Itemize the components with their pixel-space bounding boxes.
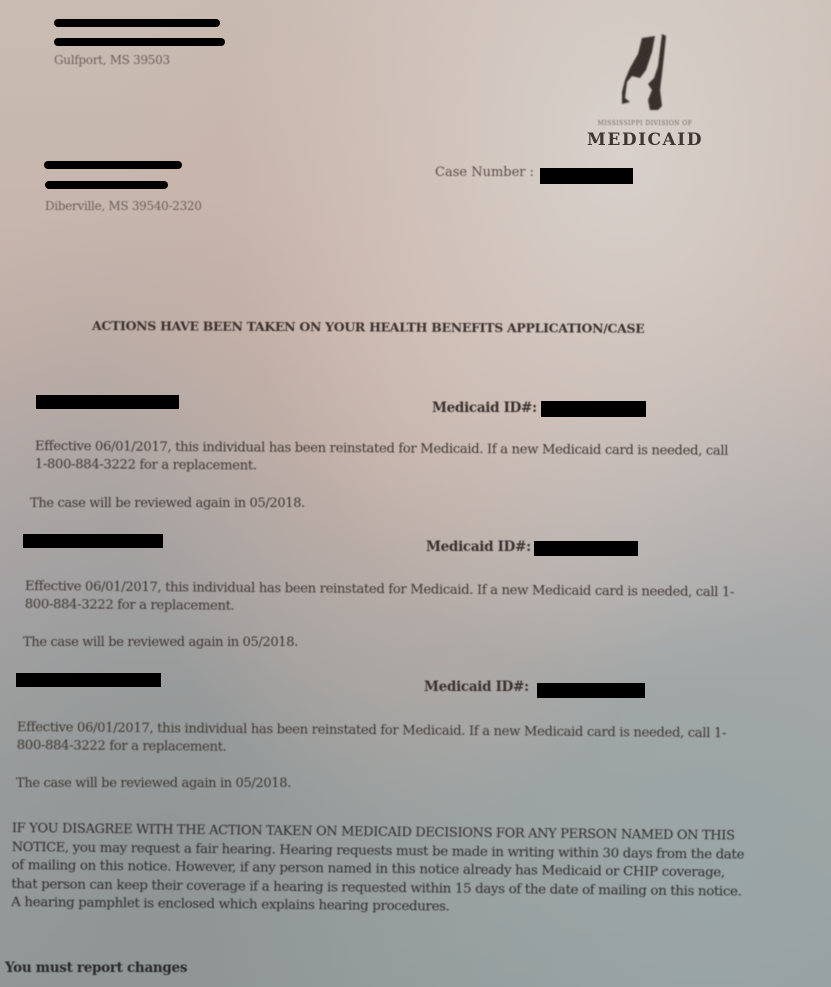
redacted-medicaid-id [537, 683, 645, 698]
redacted-sender-name [54, 19, 220, 27]
individual-action-text: Effective 06/01/2017, this individual ha… [25, 578, 740, 620]
individual-review-text: The case will be reviewed again in 05/20… [16, 776, 291, 791]
redacted-recipient-street [45, 181, 168, 189]
individual-review-text: The case will be reviewed again in 05/20… [30, 496, 305, 511]
fair-hearing-notice: IF YOU DISAGREE WITH THE ACTION TAKEN ON… [11, 820, 752, 920]
logo-subtitle: MISSISSIPPI DIVISION OF [580, 120, 710, 127]
medicaid-id-label: Medicaid ID#: [424, 679, 529, 695]
individual-review-text: The case will be reviewed again in 05/20… [23, 635, 298, 650]
medicaid-id-label: Medicaid ID#: [426, 539, 531, 555]
medicaid-logo: MISSISSIPPI DIVISION OF MEDICAID [580, 30, 710, 155]
individual-action-text: Effective 06/01/2017, this individual ha… [35, 438, 740, 479]
logo-title: MEDICAID [580, 130, 710, 150]
recipient-city-state-zip: Diberville, MS 39540-2320 [45, 199, 202, 213]
redacted-individual-name [23, 534, 163, 548]
redacted-medicaid-id [541, 401, 646, 417]
redacted-medicaid-id [534, 541, 638, 556]
fair-hearing-notice-body: you may request a fair hearing. Hearing … [11, 840, 744, 914]
individual-action-text: Effective 06/01/2017, this individual ha… [17, 719, 742, 761]
mississippi-state-shape-icon [580, 30, 710, 120]
medicaid-id-label: Medicaid ID#: [432, 400, 537, 416]
case-number-label: Case Number : [435, 165, 534, 180]
redacted-recipient-name [44, 161, 182, 169]
redacted-case-number [540, 168, 633, 184]
redacted-individual-name [36, 395, 179, 409]
notice-heading: ACTIONS HAVE BEEN TAKEN ON YOUR HEALTH B… [92, 318, 645, 336]
redacted-sender-street [54, 38, 225, 46]
report-changes-heading: You must report changes [5, 960, 187, 976]
redacted-individual-name [16, 673, 161, 687]
sender-city-state-zip: Gulfport, MS 39503 [54, 53, 170, 67]
